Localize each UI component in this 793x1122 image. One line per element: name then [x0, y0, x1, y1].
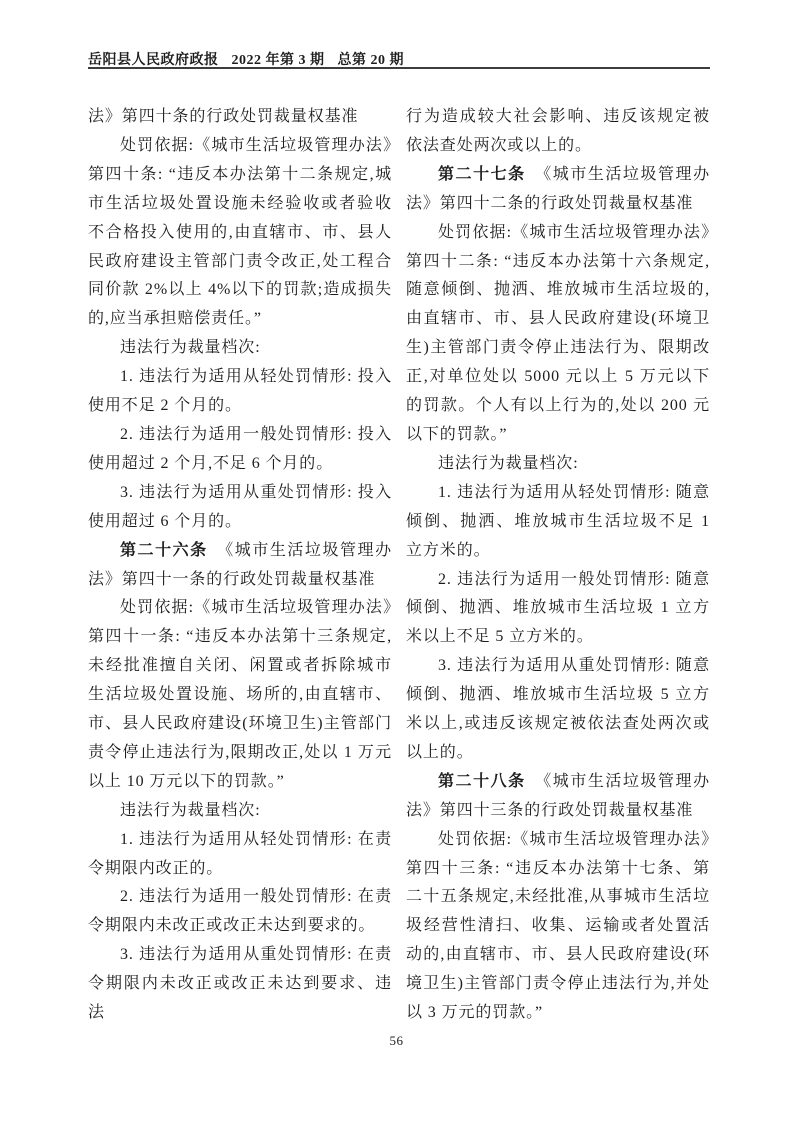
- page-footer: 56: [0, 1033, 793, 1049]
- paragraph: 违法行为裁量档次:: [88, 797, 392, 826]
- paragraph: 行为造成较大社会影响、违反该规定被依法查处两次或以上的。: [406, 103, 710, 161]
- column-right: 行为造成较大社会影响、违反该规定被依法查处两次或以上的。第二十七条《城市生活垃圾…: [406, 103, 710, 1028]
- paragraph: 处罚依据:《城市生活垃圾管理办法》第四十一条: “违反本办法第十三条规定,未经批…: [88, 594, 392, 796]
- page-header: 岳阳县人民政府政报 2022 年第 3 期 总第 20 期: [88, 49, 710, 69]
- article-number: 第二十七条: [438, 166, 526, 183]
- paragraph: 3. 违法行为适用从重处罚情形: 在责令期限内未改正或改正未达到要求、违法: [88, 941, 392, 1028]
- gazette-title: 岳阳县人民政府政报: [88, 49, 219, 69]
- document-body: 法》第四十条的行政处罚裁量权基准处罚依据:《城市生活垃圾管理办法》第四十条: “…: [88, 103, 710, 1028]
- paragraph: 处罚依据:《城市生活垃圾管理办法》第四十二条: “违反本办法第十六条规定,随意倾…: [406, 219, 710, 450]
- article-number: 第二十八条: [438, 773, 526, 790]
- paragraph: 3. 违法行为适用从重处罚情形: 投入使用超过 6 个月的。: [88, 479, 392, 537]
- paragraph: 处罚依据:《城市生活垃圾管理办法》第四十三条: “违反本办法第十七条、第二十五条…: [406, 826, 710, 1028]
- gazette-issue: 2022 年第 3 期: [232, 49, 325, 69]
- header-divider: [88, 67, 710, 69]
- paragraph: 违法行为裁量档次:: [88, 334, 392, 363]
- paragraph: 1. 违法行为适用从轻处罚情形: 随意倾倒、抛洒、堆放城市生活垃圾不足 1 立方…: [406, 479, 710, 566]
- article-number: 第二十六条: [120, 542, 208, 559]
- paragraph: 3. 违法行为适用从重处罚情形: 随意倾倒、抛洒、堆放城市生活垃圾 5 立方米以…: [406, 652, 710, 768]
- paragraph: 处罚依据:《城市生活垃圾管理办法》第四十条: “违反本办法第十二条规定,城市生活…: [88, 132, 392, 334]
- paragraph: 第二十七条《城市生活垃圾管理办法》第四十二条的行政处罚裁量权基准: [406, 161, 710, 219]
- gazette-volume: 总第 20 期: [338, 49, 405, 69]
- page-number: 56: [390, 1033, 404, 1048]
- paragraph: 2. 违法行为适用一般处罚情形: 投入使用超过 2 个月,不足 6 个月的。: [88, 421, 392, 479]
- gazette-page: 岳阳县人民政府政报 2022 年第 3 期 总第 20 期 法》第四十条的行政处…: [0, 0, 793, 1122]
- paragraph: 第二十六条《城市生活垃圾管理办法》第四十一条的行政处罚裁量权基准: [88, 537, 392, 595]
- paragraph: 2. 违法行为适用一般处罚情形: 随意倾倒、抛洒、堆放城市生活垃圾 1 立方米以…: [406, 566, 710, 653]
- paragraph: 1. 违法行为适用从轻处罚情形: 在责令期限内改正的。: [88, 826, 392, 884]
- paragraph: 第二十八条《城市生活垃圾管理办法》第四十三条的行政处罚裁量权基准: [406, 768, 710, 826]
- column-left: 法》第四十条的行政处罚裁量权基准处罚依据:《城市生活垃圾管理办法》第四十条: “…: [88, 103, 392, 1028]
- paragraph: 2. 违法行为适用一般处罚情形: 在责令期限内未改正或改正未达到要求的。: [88, 883, 392, 941]
- paragraph: 法》第四十条的行政处罚裁量权基准: [88, 103, 392, 132]
- paragraph: 1. 违法行为适用从轻处罚情形: 投入使用不足 2 个月的。: [88, 363, 392, 421]
- paragraph: 违法行为裁量档次:: [406, 450, 710, 479]
